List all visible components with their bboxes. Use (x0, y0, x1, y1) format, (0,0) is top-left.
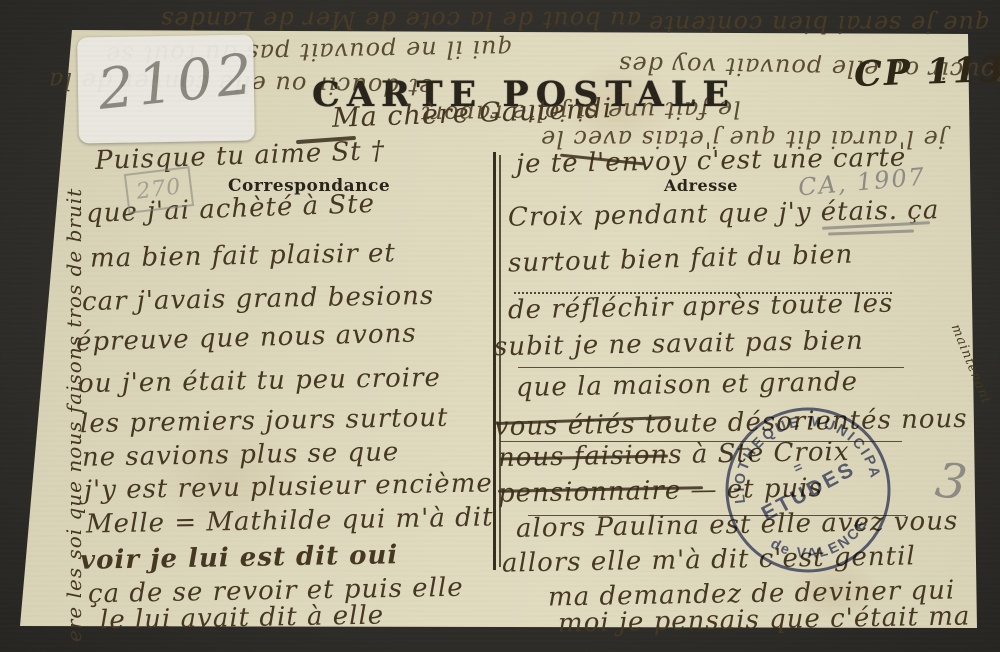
vertical-margin-writing: ere les soi que nous faisons tros de bru… (64, 188, 84, 642)
handwriting-line: le lui avait dit à elle (100, 603, 385, 634)
handwriting-line: car j'avais grand besions (82, 283, 435, 315)
stamp-equals-mark: = (791, 458, 805, 476)
handwriting-line: j'y est revu plusieur encième (84, 470, 493, 503)
handwriting-line: de réfléchir après toute les (508, 291, 894, 324)
scanned-postcard-page: au bout de la cote de Mer de Landes qui … (0, 0, 1000, 652)
handwriting-line: voir je lui est dit oui (80, 542, 399, 574)
pencil-margin-number: 3 (933, 456, 971, 508)
handwriting-line: moi je pensais que c'était ma (558, 603, 971, 636)
handwriting-line: les premiers jours surtout (80, 405, 449, 437)
handwriting-line: subit je ne savait pas bien (494, 328, 864, 360)
pencil-box-stamp: 270 (124, 166, 194, 214)
handwriting-line: ou j'en était tu peu croire (78, 365, 441, 397)
handwriting-line: Melle = Mathilde qui m'à dit (86, 504, 494, 537)
inventory-sticker: 2102 (77, 34, 255, 143)
inventory-number: 2102 (95, 42, 259, 123)
stamp-center-text: ETUDES (758, 457, 860, 526)
stamp-arc-bottom-text: de VALENCE (765, 513, 878, 573)
catalog-code: CP 1134 (853, 51, 1000, 92)
handwriting-line: ne savions plus se que (82, 439, 400, 471)
inverted-handwriting-line: que je serai bien contente (648, 12, 990, 36)
handwriting-line: ma bien fait plaisir et (90, 240, 396, 271)
pencil-box-number: 270 (135, 174, 183, 204)
inverted-handwriting-line: au bout de la cote de Mer de Landes (160, 8, 641, 32)
adresse-label: Adresse (664, 176, 738, 195)
